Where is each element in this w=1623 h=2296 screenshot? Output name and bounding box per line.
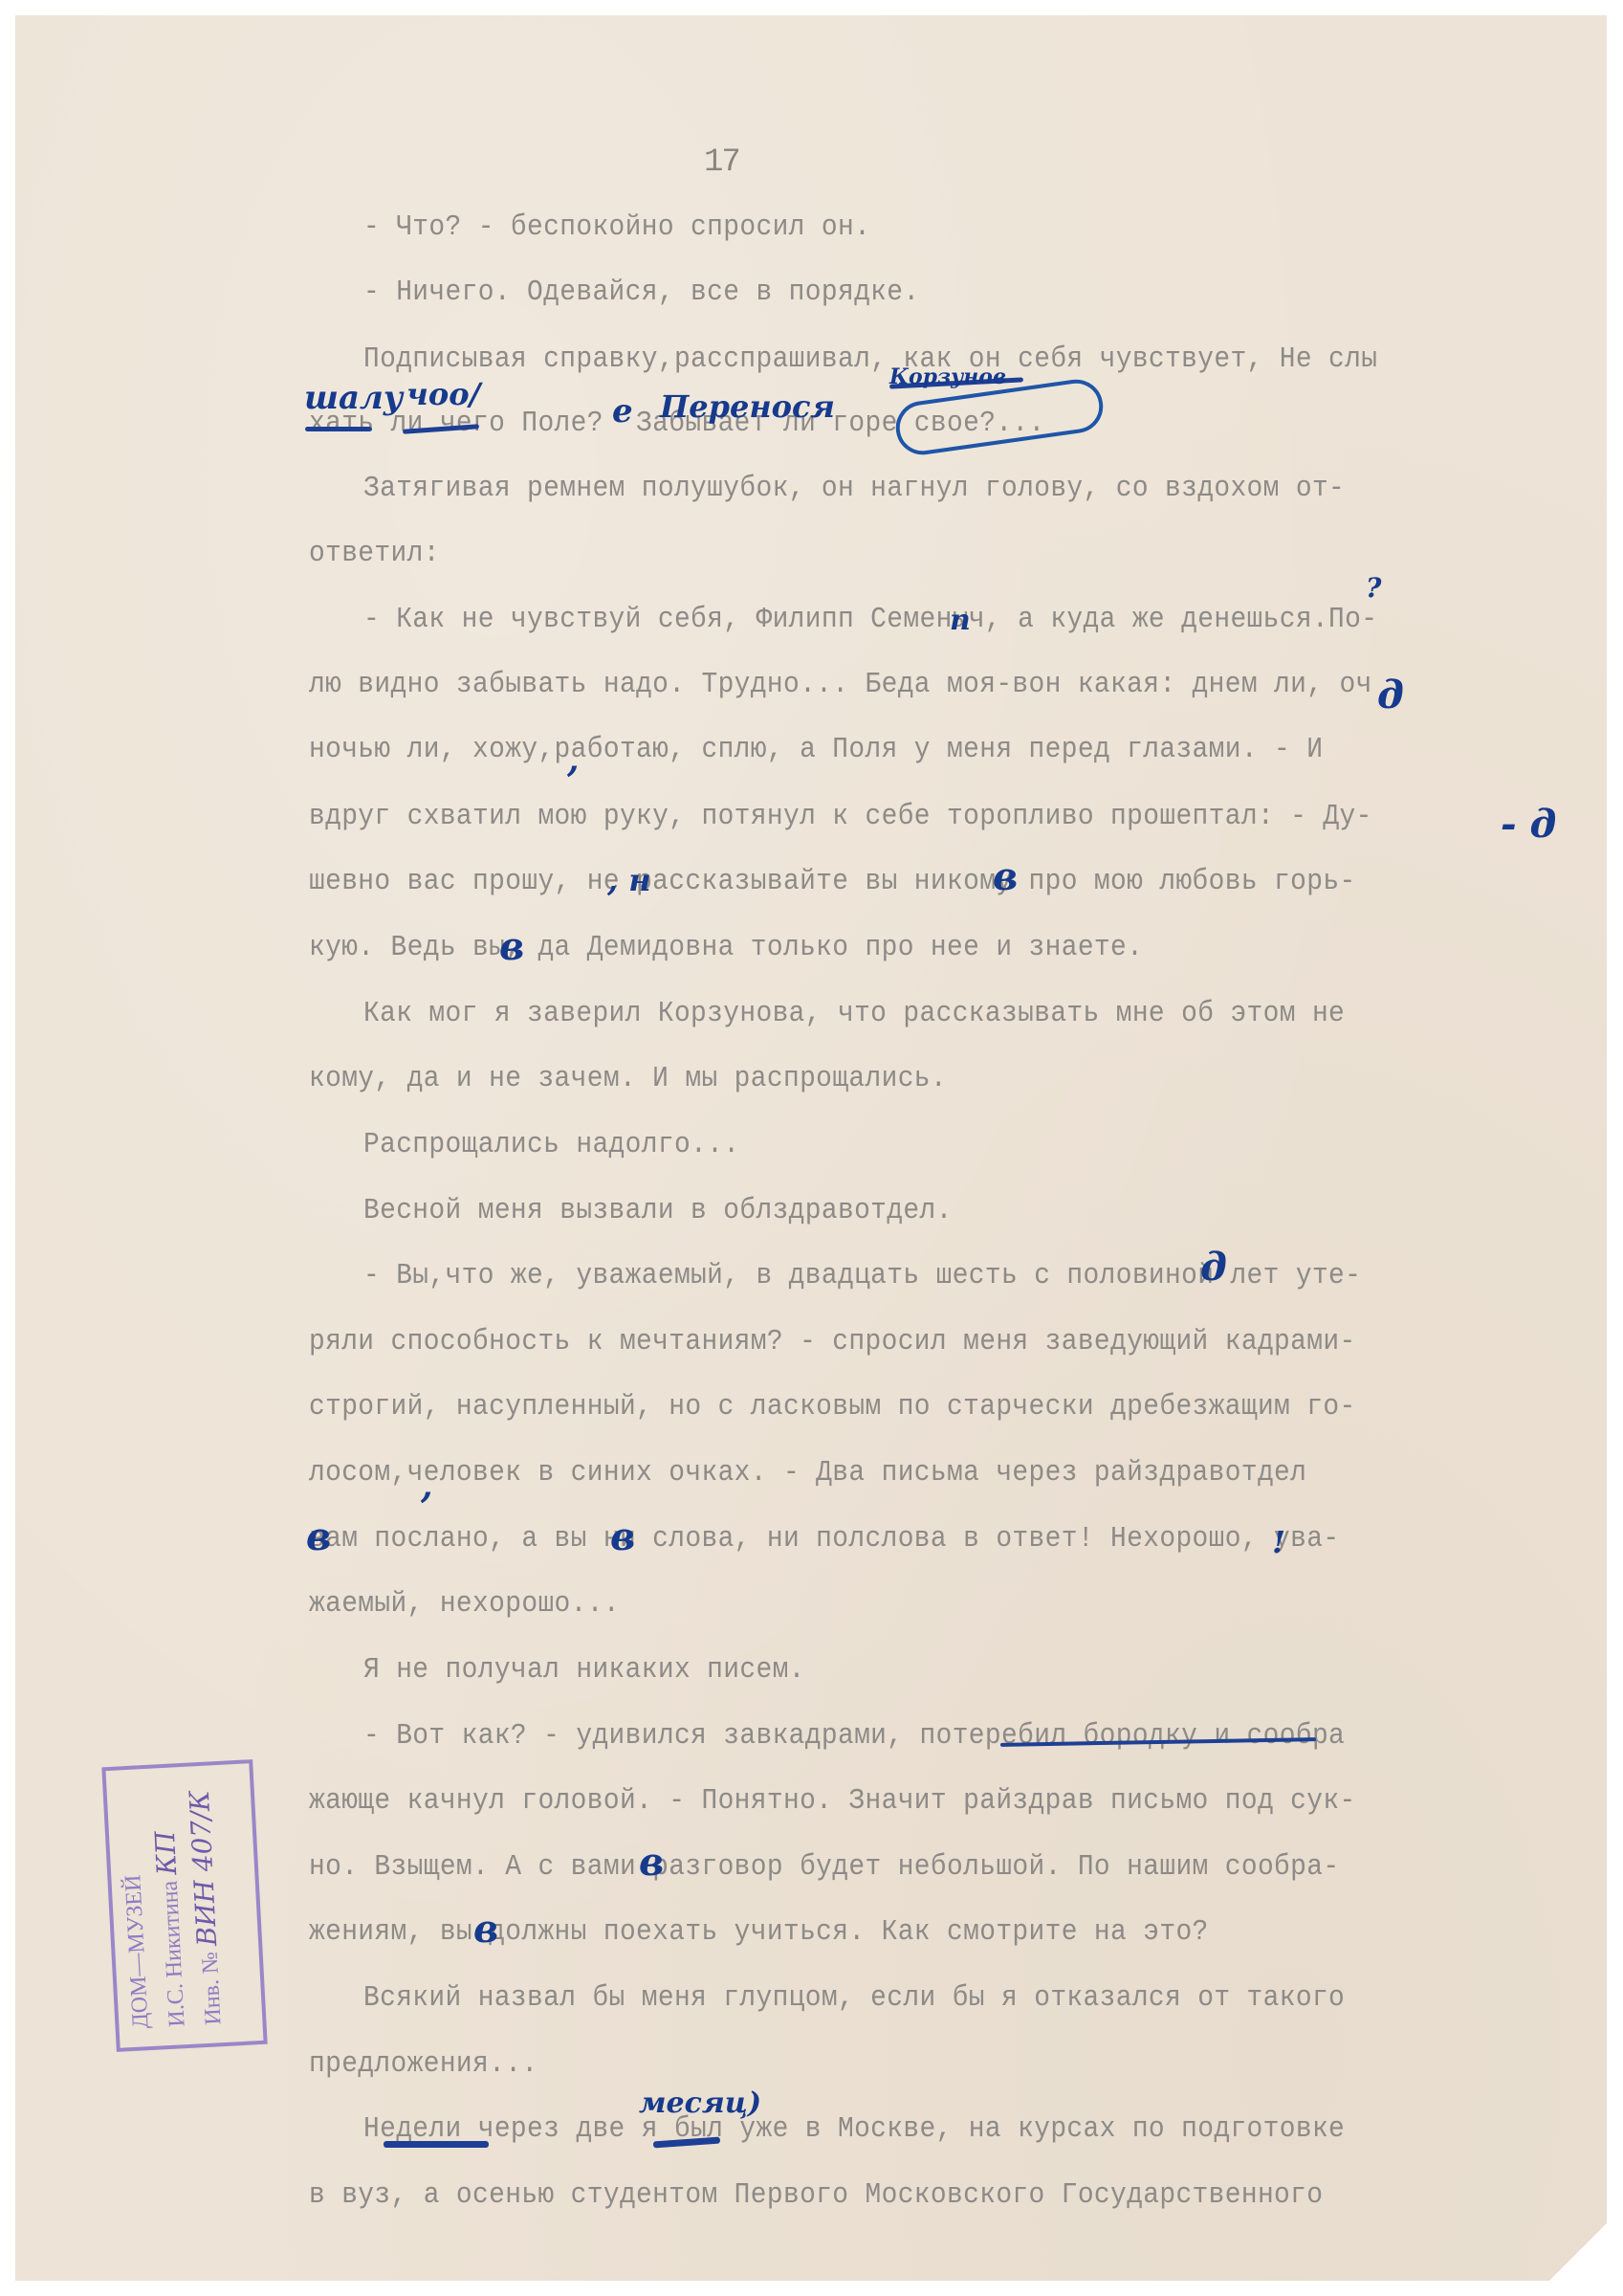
handwritten-correction: в (639, 1840, 664, 1885)
manuscript-page: 17 - Что? - беспокойно спросил он. - Нич… (15, 15, 1607, 2281)
handwritten-correction: Корзунов (889, 364, 1006, 389)
strikethrough-mark (384, 2141, 489, 2148)
typed-line: жаемый, нехорошо... (309, 1589, 620, 1619)
typed-line: Как мог я заверил Корзунова, что рассказ… (363, 999, 1345, 1028)
handwritten-correction: в (499, 924, 524, 969)
handwritten-correction: ? (1366, 572, 1381, 604)
typed-line: ответил: (309, 539, 440, 568)
typed-line: вам послано, а вы ни слова, ни полслова … (309, 1524, 1339, 1554)
handwritten-correction: шалу (304, 379, 403, 417)
handwritten-correction: е (612, 392, 633, 430)
handwritten-correction: месяц) (639, 2086, 761, 2120)
handwritten-correction: Перенося (660, 388, 835, 425)
handwritten-correction: д (1377, 673, 1404, 717)
typed-line: Подписывая справку,расспрашивал, как он … (363, 344, 1377, 374)
typed-line: Всякий назвал бы меня глупцом, если бы я… (363, 1983, 1345, 2013)
typed-line: Затягивая ремнем полушубок, он нагнул го… (363, 474, 1345, 503)
handwritten-correction: в (306, 1514, 331, 1559)
typed-line: ночью ли, хожу,работаю, сплю, а Поля у м… (309, 735, 1323, 764)
typed-line: Я не получал никаких писем. (363, 1655, 805, 1685)
handwritten-correction: ! (1272, 1524, 1285, 1560)
handwritten-correction: д (1200, 1245, 1227, 1290)
folded-corner (1549, 2223, 1607, 2281)
handwritten-correction: в (993, 854, 1018, 899)
page-number: 17 (704, 144, 739, 181)
typed-line: лю видно забывать надо. Трудно... Беда м… (309, 670, 1372, 699)
handwritten-correction: в (610, 1514, 635, 1559)
typed-line: - Ничего. Одевайся, все в порядке. (363, 277, 919, 307)
typed-line: Распрощались надолго... (363, 1130, 739, 1159)
typed-line: предложения... (309, 2049, 537, 2079)
typed-line: но. Взыщем. А с вами разговор будет небо… (309, 1852, 1339, 1882)
handwritten-correction: , (421, 1466, 433, 1506)
typed-line: Недели через две я был уже в Москве, на … (363, 2114, 1345, 2144)
handwritten-correction: чоо/ (406, 376, 480, 412)
typed-line: жениям, вы должны поехать учиться. Как с… (309, 1917, 1209, 1947)
stamp-handwritten-code: КП (149, 1830, 183, 1876)
typed-line: - Вот как? - удивился завкадрами, потере… (363, 1721, 1345, 1751)
typed-line: жающе качнул головой. - Понятно. Значит … (309, 1786, 1356, 1816)
typed-line: вдруг схватил мою руку, потянул к себе т… (309, 802, 1372, 831)
typed-line: - Как не чувствуй себя, Филипп Семеныч, … (363, 605, 1377, 634)
typed-line: лосом,человек в синих очках. - Два письм… (309, 1458, 1306, 1488)
stamp-printed-text: И.С. Никитина (158, 1880, 190, 2027)
typed-line: шевно вас прошу, не рассказывайте вы ник… (309, 867, 1356, 896)
typed-line: Весной меня вызвали в облздравотдел. (363, 1196, 953, 1225)
stamp-inventory-number: ВИН 407/К (184, 1790, 223, 1947)
museum-stamp: ДОМ—МУЗЕЙ И.С. Никитина КП Инв. № ВИН 40… (101, 1759, 267, 2052)
typed-line: строгий, насупленный, но с ласковым по с… (309, 1392, 1356, 1422)
handwritten-correction: , (567, 740, 580, 780)
handwritten-correction: в (473, 1907, 498, 1952)
typed-line: в вуз, а осенью студентом Первого Москов… (309, 2180, 1323, 2210)
handwritten-correction: п (950, 604, 971, 637)
typed-line: ряли способность к мечтаниям? - спросил … (309, 1327, 1356, 1357)
stamp-inventory-label: Инв. № (198, 1952, 227, 2026)
strikethrough-mark (305, 427, 372, 431)
typed-line: кую. Ведь вы, да Демидовна только про не… (309, 933, 1143, 962)
typed-line: кому, да и не зачем. И мы распрощались. (309, 1064, 947, 1093)
handwritten-correction: , н (607, 862, 651, 898)
typed-line: - Что? - беспокойно спросил он. (363, 212, 870, 242)
handwritten-correction: - д (1501, 802, 1556, 847)
